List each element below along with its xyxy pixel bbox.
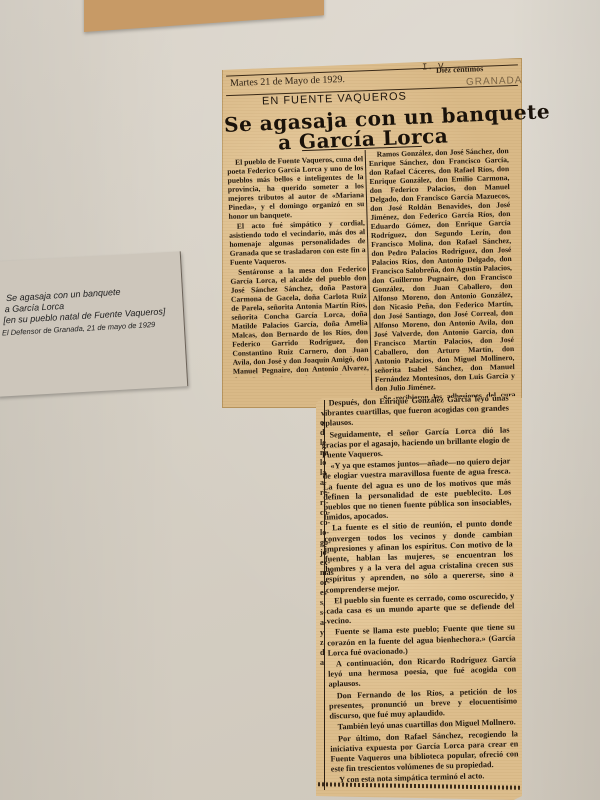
article-paragraph: Fuente se llama este pueblo; Fuente que … — [327, 623, 516, 659]
article-paragraph: Sentáronse a la mesa don Federico García… — [230, 264, 369, 378]
article-column-1: El pueblo de Fuente Vaqueros, cuna del p… — [227, 154, 369, 378]
article-paragraph: El pueblo sin fuente es cerrado, como os… — [326, 591, 515, 627]
article-paragraph: Seguidamente, el señor García Lorca dió … — [321, 425, 510, 461]
article-paragraph: El acto fué simpático y cordial, asistie… — [229, 218, 366, 267]
caption-placard: Se agasaja con un banquete a García Lorc… — [0, 251, 188, 396]
article-paragraph: Don Fernando de los Ríos, a petición de … — [329, 686, 518, 722]
article-paragraph: Ramos González, don José Sánchez, don En… — [369, 146, 516, 393]
newspaper-clipping: Martes 21 de Mayo de 1929. I. V. Diez cé… — [222, 18, 524, 798]
article-column-3: Después, don Enrique González García ley… — [321, 393, 520, 793]
article-column-2: Ramos González, don José Sánchez, don En… — [369, 146, 516, 400]
article-paragraph: Después, don Enrique González García ley… — [321, 393, 510, 429]
paper-price-label: Diez céntimos — [436, 64, 484, 75]
article-paragraph: A continuación, don Ricardo Rodríguez Ga… — [328, 654, 517, 690]
article-paragraph: La fuente es el sitio de reunión, el pun… — [324, 519, 514, 596]
article-paragraph: «Y ya que estamos juntos—añade—no quiero… — [322, 457, 512, 523]
article-paragraph: El pueblo de Fuente Vaqueros, cuna del p… — [227, 154, 365, 221]
article-paragraph: Por último, don Rafael Sánchez, recogien… — [330, 729, 519, 775]
